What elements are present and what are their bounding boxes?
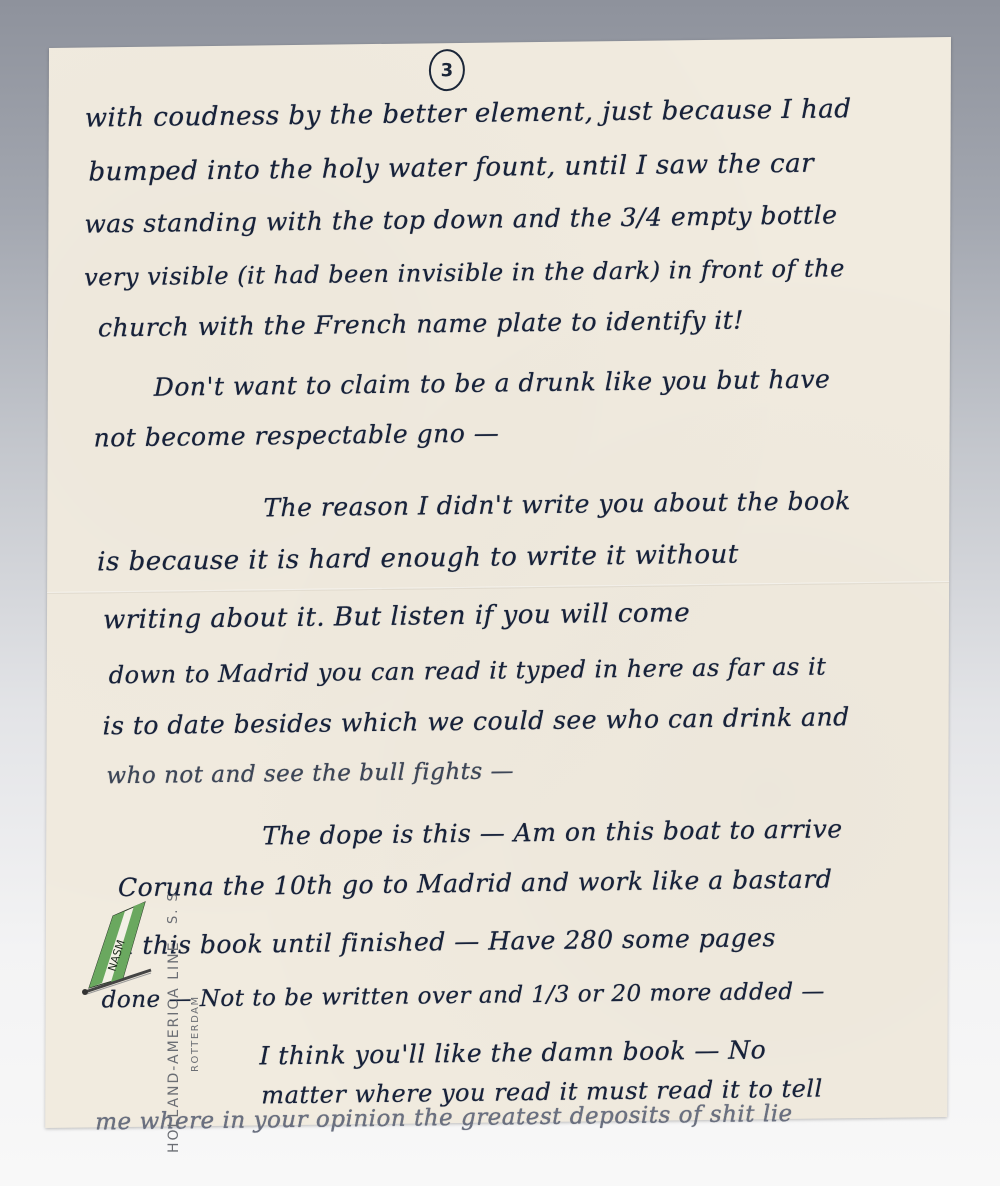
letter-line: The reason I didn't write you about the … [263,486,851,522]
letterhead-city: ROTTERDAM [190,995,201,1072]
flag-icon: NASM [77,890,187,1000]
letter-line: Coruna the 10th go to Madrid and work li… [118,864,832,902]
letterhead: HOLLAND-AMERICA LINE ROTTERDAM S. S. [150,820,210,1180]
letter-line: done — Not to be written over and 1/3 or… [102,979,825,1014]
letter-line: with coudness by the better element, jus… [85,94,852,133]
page-number-circled: 3 [429,49,465,91]
fold-crease [47,581,949,594]
letter-line: writing about it. But listen if you will… [103,598,690,635]
letter-line: was standing with the top down and the 3… [84,200,837,238]
letter-line: I think you'll like the damn book — No [259,1035,766,1070]
letter-line: down to Madrid you can read it typed in … [109,653,827,690]
letter-line: bumped into the holy water fount, until … [89,149,815,188]
letter-line: is to date besides which we could see wh… [103,702,850,740]
letter-line: very visible (it had been invisible in t… [84,254,845,291]
letter-line: church with the French name plate to ide… [98,306,744,343]
letter-line: is because it is hard enough to write it… [97,540,739,578]
letter-line: Don't want to claim to be a drunk like y… [154,364,831,401]
letter-line: who not and see the bull fights — [106,758,514,789]
letter-line: not become respectable gno — [94,419,500,453]
letter-line: The dope is this — Am on this boat to ar… [262,814,843,850]
